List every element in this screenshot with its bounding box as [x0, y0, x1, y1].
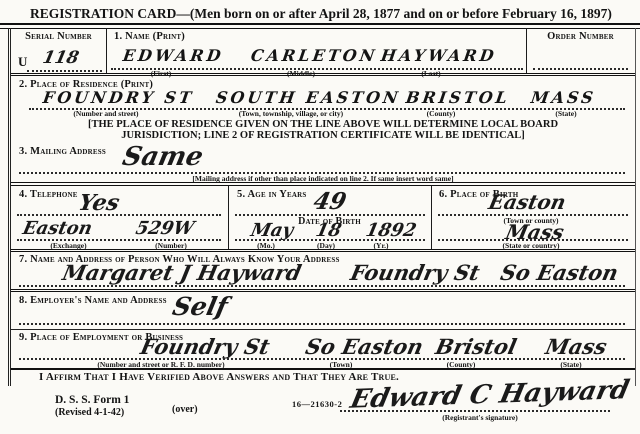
card-body: Serial Number U 118 1. Name (Print) EDWA…: [8, 28, 636, 386]
dob-month: May: [249, 220, 296, 241]
serial-prefix: U: [18, 54, 27, 70]
birthplace-state-sublabel: (State or country): [471, 241, 591, 250]
residence-note-line2: JURISDICTION; LINE 2 OF REGISTRATION CER…: [11, 130, 635, 141]
order-write-line: [533, 68, 628, 70]
serial-write-line: [27, 70, 102, 72]
telephone-exchange-sublabel: (Exchange): [21, 241, 116, 250]
residence-street: FOUNDRY ST: [42, 88, 196, 107]
over-note: (over): [172, 404, 198, 415]
divider: [106, 28, 107, 73]
employment-street-sublabel: (Number and street or R. F. D. number): [41, 360, 281, 369]
serial-value: 118: [41, 48, 81, 68]
employer-value: Self: [170, 292, 230, 321]
mailing-sublabel: [Mailing address if other than place ind…: [11, 174, 635, 183]
row-contact: 7. Name and Address of Person Who Will A…: [11, 252, 635, 292]
print-code: 16—21630-2: [292, 399, 342, 409]
registration-card-scan: REGISTRATION CARD—(Men born on or after …: [0, 0, 640, 434]
employment-county: Bristol: [433, 334, 519, 359]
telephone-label: 4. Telephone: [19, 189, 78, 200]
residence-state-sublabel: (State): [531, 109, 601, 118]
employer-write-line: [19, 323, 625, 325]
mailing-label: 3. Mailing Address: [19, 146, 106, 157]
divider: [431, 186, 432, 249]
employment-town-sublabel: (Town): [301, 360, 381, 369]
age-value: 49: [311, 188, 349, 215]
employer-label: 8. Employer's Name and Address: [19, 295, 167, 306]
contact-name: Margaret J Hayward: [60, 260, 303, 285]
dob-year: 1892: [364, 220, 419, 241]
name-label: 1. Name (Print): [114, 31, 185, 42]
dob-day: 18: [314, 220, 344, 241]
row-serial-name-order: Serial Number U 118 1. Name (Print) EDWA…: [11, 28, 635, 76]
card-title: REGISTRATION CARD—(Men born on or after …: [30, 6, 612, 22]
birthplace-town: Easton: [486, 190, 568, 214]
telephone-number-sublabel: (Number): [126, 241, 216, 250]
signature-sublabel: (Registrant's signature): [400, 413, 560, 422]
residence-street-sublabel: (Number and street): [41, 109, 171, 118]
contact-write-line: [19, 285, 625, 287]
order-number-label: Order Number: [526, 31, 635, 42]
telephone-line1: [17, 214, 221, 216]
residence-county-sublabel: (County): [401, 109, 481, 118]
employment-county-sublabel: (County): [421, 360, 501, 369]
name-first: EDWARD: [122, 46, 225, 65]
row-residence: 2. Place of Residence (Print) FOUNDRY ST…: [11, 76, 635, 142]
employment-state-sublabel: (State): [531, 360, 611, 369]
contact-street: Foundry St: [348, 260, 482, 285]
employment-town: So Easton: [303, 334, 425, 359]
signature-line: [340, 410, 610, 412]
form-number: D. S. S. Form 1: [55, 394, 129, 406]
dob-month-sublabel: (Mo.): [241, 241, 291, 250]
telephone-value: Yes: [76, 190, 122, 216]
form-revision: (Revised 4-1-42): [55, 407, 124, 418]
age-label: 5. Age in Years: [237, 189, 307, 200]
contact-town: So Easton: [498, 260, 620, 285]
dob-year-sublabel: (Yr.): [356, 241, 406, 250]
row-employer: 8. Employer's Name and Address Self: [11, 292, 635, 330]
telephone-number: 529W: [134, 218, 196, 239]
row-employment: 9. Place of Employment or Business Found…: [11, 330, 635, 370]
mailing-value: Same: [120, 142, 206, 172]
row-tel-age-birth: 4. Telephone Yes Easton 529W (Exchange) …: [11, 186, 635, 252]
dob-day-sublabel: (Day): [301, 241, 351, 250]
row-mailing: 3. Mailing Address Same [Mailing address…: [11, 142, 635, 186]
residence-town-sublabel: (Town, township, village, or city): [201, 109, 381, 118]
residence-town: SOUTH EASTON: [215, 88, 402, 107]
serial-number-label: Serial Number: [11, 31, 106, 42]
name-middle: CARLETON: [250, 46, 379, 65]
telephone-exchange: Easton: [21, 218, 94, 239]
affirmation-text: I Affirm That I Have Verified Above Answ…: [39, 371, 399, 383]
employment-street: Foundry St: [138, 334, 272, 359]
residence-note-line1: [THE PLACE OF RESIDENCE GIVEN ON THE LIN…: [11, 119, 635, 130]
card-footer: D. S. S. Form 1 (Revised 4-1-42) (over) …: [0, 386, 640, 434]
name-last: HAYWARD: [380, 46, 498, 65]
residence-state: MASS: [530, 88, 598, 107]
residence-county: BRISTOL: [405, 88, 512, 107]
employment-state: Mass: [543, 334, 609, 359]
